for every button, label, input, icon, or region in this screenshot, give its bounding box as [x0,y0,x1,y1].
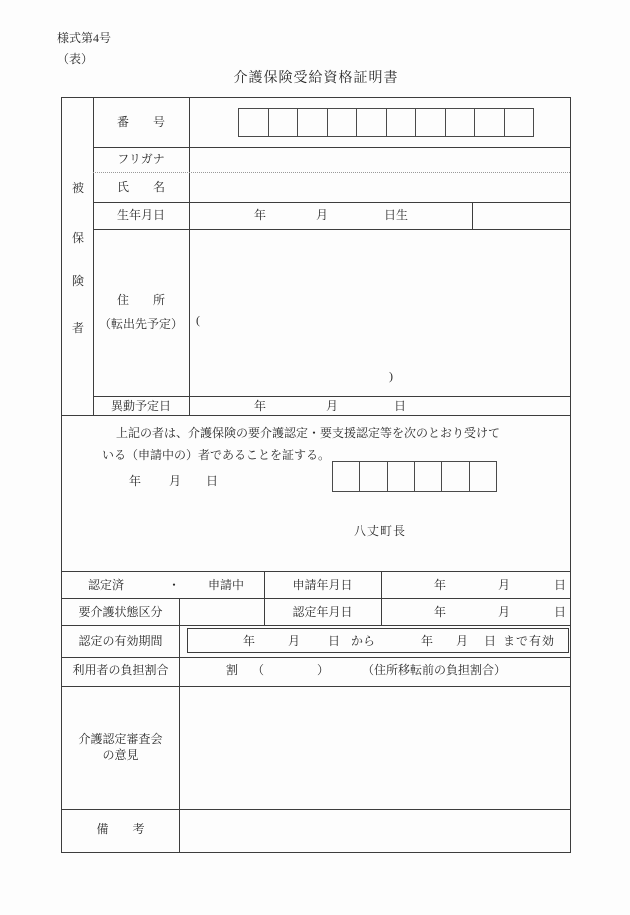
form-number: 様式第4号 [57,31,111,45]
digit-box [442,462,469,491]
validity-from-suffix: から [351,634,375,648]
address-open-paren: ( [196,313,200,327]
address-label: 住 所 [93,293,189,307]
certification-section: 上記の者は、介護保険の要介護認定・要支援認定等を次のとおり受けて いる（申請中の… [61,416,571,571]
burden-open-paren: （ [252,663,264,677]
certification-date-label: 認定年月日 [264,605,381,619]
row-divider-care-level [62,625,570,626]
birth-month-label: 月 [316,208,328,222]
validity-from-month: 月 [288,634,300,648]
insured-group-char: 険 [62,274,94,288]
issue-month-label: 月 [169,474,181,488]
validity-to-suffix: まで有効 [503,634,555,648]
validity-from-day: 日 [328,634,340,648]
burden-label: 利用者の負担割合 [62,663,179,677]
issue-date-boxes [332,461,497,492]
certification-day-label: 日 [554,605,566,619]
side-label: （表） [57,52,93,66]
digit-box [298,109,328,136]
digit-box [446,109,476,136]
row-divider-number [93,147,570,148]
issue-day-label: 日 [206,474,218,488]
move-month-label: 月 [326,399,338,413]
row-divider-validity [62,657,570,658]
address-sublabel: （転出先予定） [93,317,189,331]
insured-group-char: 保 [62,231,94,245]
row-divider-burden [62,686,570,687]
validity-label: 認定の有効期間 [62,634,179,648]
birth-year-label: 年 [254,208,266,222]
insured-group-divider [93,98,94,415]
remarks-label: 備 考 [62,822,179,836]
page-title: 介護保険受給資格証明書 [61,72,571,86]
name-label: 氏 名 [93,180,189,194]
issue-year-label: 年 [129,474,141,488]
application-day-label: 日 [554,578,566,592]
status-separator-dot: ・ [168,578,180,592]
digit-box [269,109,299,136]
insured-group-char: 被 [62,181,94,195]
certification-text-line2: いる（申請中の）者であることを証する。 [102,448,330,462]
address-close-paren: ) [389,369,393,383]
validity-to-day: 日 [484,634,496,648]
birth-day-label: 日生 [384,208,408,222]
birthdate-label: 生年月日 [93,208,189,222]
digit-box [328,109,358,136]
opinion-label-line2: の意見 [62,748,179,762]
status-label-divider [179,598,180,852]
digit-box [505,109,534,136]
row-divider-birth [93,229,570,230]
status-date-divider [381,572,382,625]
application-year-label: 年 [434,578,446,592]
digit-box [470,462,496,491]
number-label: 番 号 [93,115,189,129]
digit-box [239,109,269,136]
application-date-label: 申請年月日 [264,578,381,592]
insured-group-char: 者 [62,321,94,335]
insured-table: 被 保 険 者 番 号 フリガナ 氏 名 生年月日 住 所 （転出先予定） 異動… [61,97,571,416]
insured-number-boxes [238,108,534,137]
row-divider-opinion [62,809,570,810]
form-page: 様式第4号 （表） 介護保険受給資格証明書 被 保 険 者 番 号 フリガナ 氏… [0,0,630,915]
issuer-name: 八丈町長 [354,524,406,538]
row-divider-address [93,396,570,397]
care-level-label: 要介護状態区分 [62,605,179,619]
row-divider-name [93,202,570,203]
certification-month-label: 月 [498,605,510,619]
digit-box [388,462,415,491]
row-divider-status [62,598,570,599]
move-day-label: 日 [394,399,406,413]
digit-box [475,109,505,136]
birth-extra-cell-divider [472,202,473,229]
opinion-label-line1: 介護認定審査会 [62,732,179,746]
insured-label-divider [189,98,190,415]
status-table: 認定済 ・ 申請中 申請年月日 年 月 日 要介護状態区分 認定年月日 年 月 … [61,571,571,853]
digit-box [387,109,417,136]
certification-year-label: 年 [434,605,446,619]
validity-from-year: 年 [243,634,255,648]
digit-box [416,109,446,136]
digit-box [357,109,387,136]
burden-close-paren: ） [317,663,329,677]
furigana-dotted-divider [93,172,570,173]
burden-unit: 割 [226,663,238,677]
certification-text-line1: 上記の者は、介護保険の要介護認定・要支援認定等を次のとおり受けて [116,426,500,440]
certified-label: 認定済 [88,578,124,592]
validity-to-month: 月 [456,634,468,648]
validity-to-year: 年 [421,634,433,648]
move-date-label: 異動予定日 [93,399,189,413]
burden-note: （住所移転前の負担割合） [362,663,506,677]
furigana-label: フリガナ [93,152,189,166]
digit-box [333,462,360,491]
digit-box [360,462,387,491]
digit-box [415,462,442,491]
application-month-label: 月 [498,578,510,592]
move-year-label: 年 [254,399,266,413]
applying-label: 申請中 [208,578,244,592]
